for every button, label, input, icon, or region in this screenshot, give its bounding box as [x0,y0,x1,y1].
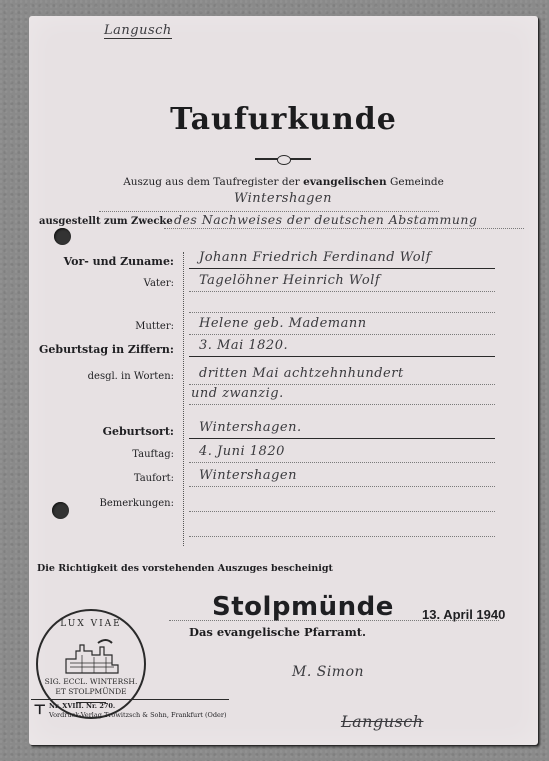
bottom-annotation: Langusch [341,712,424,731]
field-label: Tauftag: [29,449,174,460]
subtitle-bold: evangelischen [303,176,386,188]
field-value-continued: und zwanzig. [191,386,284,401]
register-subtitle: Auszug aus dem Taufregister der evangeli… [29,176,538,188]
field-value: Johann Friedrich Ferdinand Wolf [199,250,431,265]
field-line [189,291,495,292]
field-value: Helene geb. Mademann [199,316,367,331]
purpose-value: des Nachweises der deutschen Abstammung [174,212,477,227]
field-label: Taufort: [29,473,174,484]
field-value: dritten Mai achtzehnhundert [199,366,404,381]
imprint-logo-icon: ⊤ [33,702,46,718]
seal-line-2: ET STOLPMÜNDE [38,687,144,696]
field-line [189,462,495,463]
document-title: Taufurkunde [29,102,538,137]
field-value: 4. Juni 1820 [199,444,285,459]
place-stamp: Stolpmünde [212,592,394,622]
field-label: Geburtstag in Ziffern: [29,343,174,356]
form-number: Nr. XVIII. Nr. 270. [49,702,115,710]
field-line [189,511,495,512]
field-line [189,268,495,269]
date-stamp: 13. April 1940 [422,607,505,622]
pastor-signature: M. Simon [292,664,364,680]
field-line [189,404,495,405]
subtitle-suffix: Gemeinde [390,176,444,188]
purpose-line [164,228,524,229]
field-line [189,438,495,439]
field-line [189,384,495,385]
subtitle-prefix: Auszug aus dem Taufregister der [123,176,300,188]
field-line [189,486,495,487]
seal-line-1: SIG. ECCL. WINTERSH. [38,677,144,686]
field-label: Geburtsort: [29,425,174,438]
field-value: Tagelöhner Heinrich Wolf [199,273,380,288]
field-label: Vater: [29,278,174,289]
field-line [189,356,495,357]
punch-hole-top [54,228,71,245]
field-label: desgl. in Worten: [29,371,174,382]
title-ornament [255,158,311,160]
field-label: Bemerkungen: [29,498,174,509]
field-value: Wintershagen. [199,420,302,435]
parish-name: Wintershagen [234,191,332,206]
field-line [189,312,495,313]
field-line [189,334,495,335]
imprint-line [31,699,229,700]
top-annotation: Langusch [104,23,172,39]
field-line [189,536,495,537]
form-column-divider [183,252,184,546]
field-value: Wintershagen [199,468,297,483]
field-value: 3. Mai 1820. [199,338,288,353]
issuing-office: Das evangelische Pfarramt. [189,625,366,639]
purpose-label: ausgestellt zum Zwecke [39,216,173,227]
field-label: Mutter: [29,321,174,332]
baptism-certificate: Langusch Taufurkunde Auszug aus dem Tauf… [29,16,538,745]
church-building-icon [62,637,122,675]
seal-motto: LUX VIAE [38,619,144,629]
certification-statement: Die Richtigkeit des vorstehenden Auszuge… [37,563,333,574]
publisher: Vordruck-Verlag Trowitzsch & Sohn, Frank… [49,711,227,719]
field-label: Vor- und Zuname: [29,255,174,268]
